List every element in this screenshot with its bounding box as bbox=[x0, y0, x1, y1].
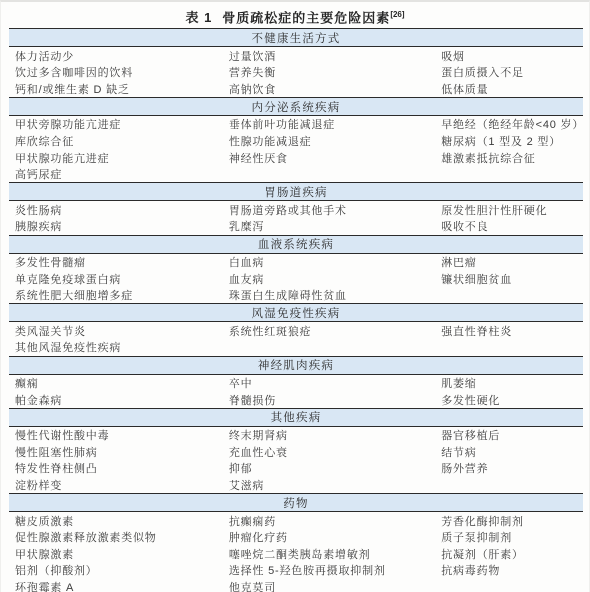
table-cell: 抗病毒药物 bbox=[441, 562, 583, 579]
table-title: 表 1骨质疏松症的主要危险因素[26] bbox=[1, 2, 589, 28]
section-header: 其他疾病 bbox=[9, 408, 583, 426]
table-cell: 高钠饮食 bbox=[229, 81, 441, 98]
table-cell: 单克隆免疫球蛋白病 bbox=[9, 270, 229, 287]
table-cell: 肿瘤化疗药 bbox=[229, 529, 441, 546]
table-cell: 甲状腺激素 bbox=[9, 545, 229, 562]
table-cell: 充血性心衰 bbox=[229, 443, 441, 460]
table-cell: 糖皮质激素 bbox=[9, 512, 229, 529]
table-row: 甲状腺激素噻唑烷二酮类胰岛素增敏剂抗凝剂（肝素） bbox=[9, 545, 583, 562]
table-cell: 肌萎缩 bbox=[441, 374, 583, 391]
table-cell bbox=[229, 339, 441, 356]
table-cell: 慢性代谢性酸中毒 bbox=[9, 426, 229, 443]
section-header-row: 内分泌系统疾病 bbox=[9, 98, 583, 116]
table-body: 不健康生活方式体力活动少过量饮酒吸烟饮过多含咖啡因的饮料营养失衡蛋白质摄入不足钙… bbox=[9, 29, 583, 592]
table-cell: 性腺功能减退症 bbox=[229, 133, 441, 150]
table-cell: 钙和/或维生素 D 缺乏 bbox=[9, 81, 229, 98]
section-header: 胃肠道疾病 bbox=[9, 183, 583, 201]
table-row: 促性腺激素释放激素类似物肿瘤化疗药质子泵抑制剂 bbox=[9, 529, 583, 546]
table-cell: 糖尿病（1 型及 2 型） bbox=[441, 133, 583, 150]
table-cell: 肠外营养 bbox=[441, 460, 583, 477]
section-header-row: 其他疾病 bbox=[9, 408, 583, 426]
table-cell: 艾滋病 bbox=[229, 477, 441, 494]
table-cell: 促性腺激素释放激素类似物 bbox=[9, 529, 229, 546]
table-cell: 质子泵抑制剂 bbox=[441, 529, 583, 546]
table-cell: 系统性肥大细胞增多症 bbox=[9, 287, 229, 304]
table-row: 钙和/或维生素 D 缺乏高钠饮食低体质量 bbox=[9, 81, 583, 98]
table-cell: 体力活动少 bbox=[9, 47, 229, 64]
table-cell: 抑郁 bbox=[229, 460, 441, 477]
scanned-table-page: 表 1骨质疏松症的主要危险因素[26] 不健康生活方式体力活动少过量饮酒吸烟饮过… bbox=[0, 0, 590, 592]
table-cell: 他克莫司 bbox=[229, 579, 441, 592]
table-row: 特发性脊柱侧凸抑郁肠外营养 bbox=[9, 460, 583, 477]
table-row: 库欣综合征性腺功能减退症糖尿病（1 型及 2 型） bbox=[9, 133, 583, 150]
section-header-row: 风湿免疫性疾病 bbox=[9, 304, 583, 322]
table-cell: 选择性 5-羟色胺再摄取抑制剂 bbox=[229, 562, 441, 579]
table-row: 高钙尿症 bbox=[9, 166, 583, 183]
table-row: 环孢霉素 A他克莫司 bbox=[9, 579, 583, 592]
table-cell: 早绝经（绝经年龄<40 岁） bbox=[441, 116, 583, 133]
section-header-row: 不健康生活方式 bbox=[9, 29, 583, 47]
table-cell bbox=[441, 166, 583, 183]
table-cell: 其他风湿免疫性疾病 bbox=[9, 339, 229, 356]
section-header-row: 血液系统疾病 bbox=[9, 235, 583, 253]
table-cell: 卒中 bbox=[229, 374, 441, 391]
reference-superscript: [26] bbox=[390, 10, 404, 19]
table-cell: 癫痫 bbox=[9, 374, 229, 391]
table-row: 多发性骨髓瘤白血病淋巴瘤 bbox=[9, 253, 583, 270]
table-number-label: 表 1 bbox=[185, 10, 212, 25]
table-cell: 低体质量 bbox=[441, 81, 583, 98]
table-cell: 原发性胆汁性肝硬化 bbox=[441, 201, 583, 218]
table-cell: 饮过多含咖啡因的饮料 bbox=[9, 64, 229, 81]
table-row: 甲状旁腺功能亢进症垂体前叶功能减退症早绝经（绝经年龄<40 岁） bbox=[9, 116, 583, 133]
table-cell: 甲状旁腺功能亢进症 bbox=[9, 116, 229, 133]
table-cell: 神经性厌食 bbox=[229, 149, 441, 166]
section-header: 不健康生活方式 bbox=[9, 29, 583, 47]
table-cell: 淋巴瘤 bbox=[441, 253, 583, 270]
table-cell: 多发性骨髓瘤 bbox=[9, 253, 229, 270]
table-row: 饮过多含咖啡因的饮料营养失衡蛋白质摄入不足 bbox=[9, 64, 583, 81]
table-row: 淀粉样变艾滋病 bbox=[9, 477, 583, 494]
table-cell: 胃肠道旁路或其他手术 bbox=[229, 201, 441, 218]
table-row: 癫痫卒中肌萎缩 bbox=[9, 374, 583, 391]
table-cell: 噻唑烷二酮类胰岛素增敏剂 bbox=[229, 545, 441, 562]
table-row: 其他风湿免疫性疾病 bbox=[9, 339, 583, 356]
section-header: 神经肌肉疾病 bbox=[9, 356, 583, 374]
table-row: 体力活动少过量饮酒吸烟 bbox=[9, 47, 583, 64]
table-cell: 过量饮酒 bbox=[229, 47, 441, 64]
table-cell: 吸收不良 bbox=[441, 218, 583, 235]
table-cell: 高钙尿症 bbox=[9, 166, 229, 183]
table-cell: 类风湿关节炎 bbox=[9, 322, 229, 339]
table-cell: 白血病 bbox=[229, 253, 441, 270]
table-cell: 甲状腺功能亢进症 bbox=[9, 149, 229, 166]
table-cell bbox=[441, 579, 583, 592]
table-cell: 淀粉样变 bbox=[9, 477, 229, 494]
table-row: 慢性阻塞性肺病充血性心衰结节病 bbox=[9, 443, 583, 460]
table-cell: 结节病 bbox=[441, 443, 583, 460]
table-cell: 终末期肾病 bbox=[229, 426, 441, 443]
table-cell: 抗癫痫药 bbox=[229, 512, 441, 529]
section-header: 药物 bbox=[9, 494, 583, 512]
table-cell: 吸烟 bbox=[441, 47, 583, 64]
table-cell: 特发性脊柱侧凸 bbox=[9, 460, 229, 477]
table-row: 铝剂（抑酸剂）选择性 5-羟色胺再摄取抑制剂抗病毒药物 bbox=[9, 562, 583, 579]
table-cell: 珠蛋白生成障碍性贫血 bbox=[229, 287, 441, 304]
section-header-row: 胃肠道疾病 bbox=[9, 183, 583, 201]
table-row: 炎性肠病胃肠道旁路或其他手术原发性胆汁性肝硬化 bbox=[9, 201, 583, 218]
table-cell: 垂体前叶功能减退症 bbox=[229, 116, 441, 133]
table-cell: 血友病 bbox=[229, 270, 441, 287]
table-cell: 镰状细胞贫血 bbox=[441, 270, 583, 287]
table-cell: 慢性阻塞性肺病 bbox=[9, 443, 229, 460]
table-cell bbox=[441, 287, 583, 304]
table-cell: 器官移植后 bbox=[441, 426, 583, 443]
table-cell: 雄激素抵抗综合征 bbox=[441, 149, 583, 166]
table-cell: 芳香化酶抑制剂 bbox=[441, 512, 583, 529]
table-cell: 营养失衡 bbox=[229, 64, 441, 81]
table-cell: 系统性红斑狼疮 bbox=[229, 322, 441, 339]
section-header: 内分泌系统疾病 bbox=[9, 98, 583, 116]
table-cell: 抗凝剂（肝素） bbox=[441, 545, 583, 562]
section-header-row: 神经肌肉疾病 bbox=[9, 356, 583, 374]
table-cell: 铝剂（抑酸剂） bbox=[9, 562, 229, 579]
table-cell: 多发性硬化 bbox=[441, 391, 583, 408]
table-cell: 库欣综合征 bbox=[9, 133, 229, 150]
table-row: 帕金森病脊髓损伤多发性硬化 bbox=[9, 391, 583, 408]
table-cell: 炎性肠病 bbox=[9, 201, 229, 218]
section-header: 风湿免疫性疾病 bbox=[9, 304, 583, 322]
table-cell bbox=[441, 339, 583, 356]
table-title-text: 骨质疏松症的主要危险因素 bbox=[222, 10, 390, 25]
table-row: 胰腺疾病乳糜泻吸收不良 bbox=[9, 218, 583, 235]
table-cell bbox=[441, 477, 583, 494]
table-cell: 强直性脊柱炎 bbox=[441, 322, 583, 339]
table-row: 慢性代谢性酸中毒终末期肾病器官移植后 bbox=[9, 426, 583, 443]
table-cell: 胰腺疾病 bbox=[9, 218, 229, 235]
table-cell: 脊髓损伤 bbox=[229, 391, 441, 408]
table-row: 糖皮质激素抗癫痫药芳香化酶抑制剂 bbox=[9, 512, 583, 529]
table-row: 甲状腺功能亢进症神经性厌食雄激素抵抗综合征 bbox=[9, 149, 583, 166]
section-header-row: 药物 bbox=[9, 494, 583, 512]
risk-factors-table: 不健康生活方式体力活动少过量饮酒吸烟饮过多含咖啡因的饮料营养失衡蛋白质摄入不足钙… bbox=[9, 28, 583, 592]
table-cell: 蛋白质摄入不足 bbox=[441, 64, 583, 81]
table-row: 类风湿关节炎系统性红斑狼疮强直性脊柱炎 bbox=[9, 322, 583, 339]
table-cell: 帕金森病 bbox=[9, 391, 229, 408]
section-header: 血液系统疾病 bbox=[9, 235, 583, 253]
table-row: 单克隆免疫球蛋白病血友病镰状细胞贫血 bbox=[9, 270, 583, 287]
table-cell: 环孢霉素 A bbox=[9, 579, 229, 592]
table-cell: 乳糜泻 bbox=[229, 218, 441, 235]
table-row: 系统性肥大细胞增多症珠蛋白生成障碍性贫血 bbox=[9, 287, 583, 304]
table-cell bbox=[229, 166, 441, 183]
